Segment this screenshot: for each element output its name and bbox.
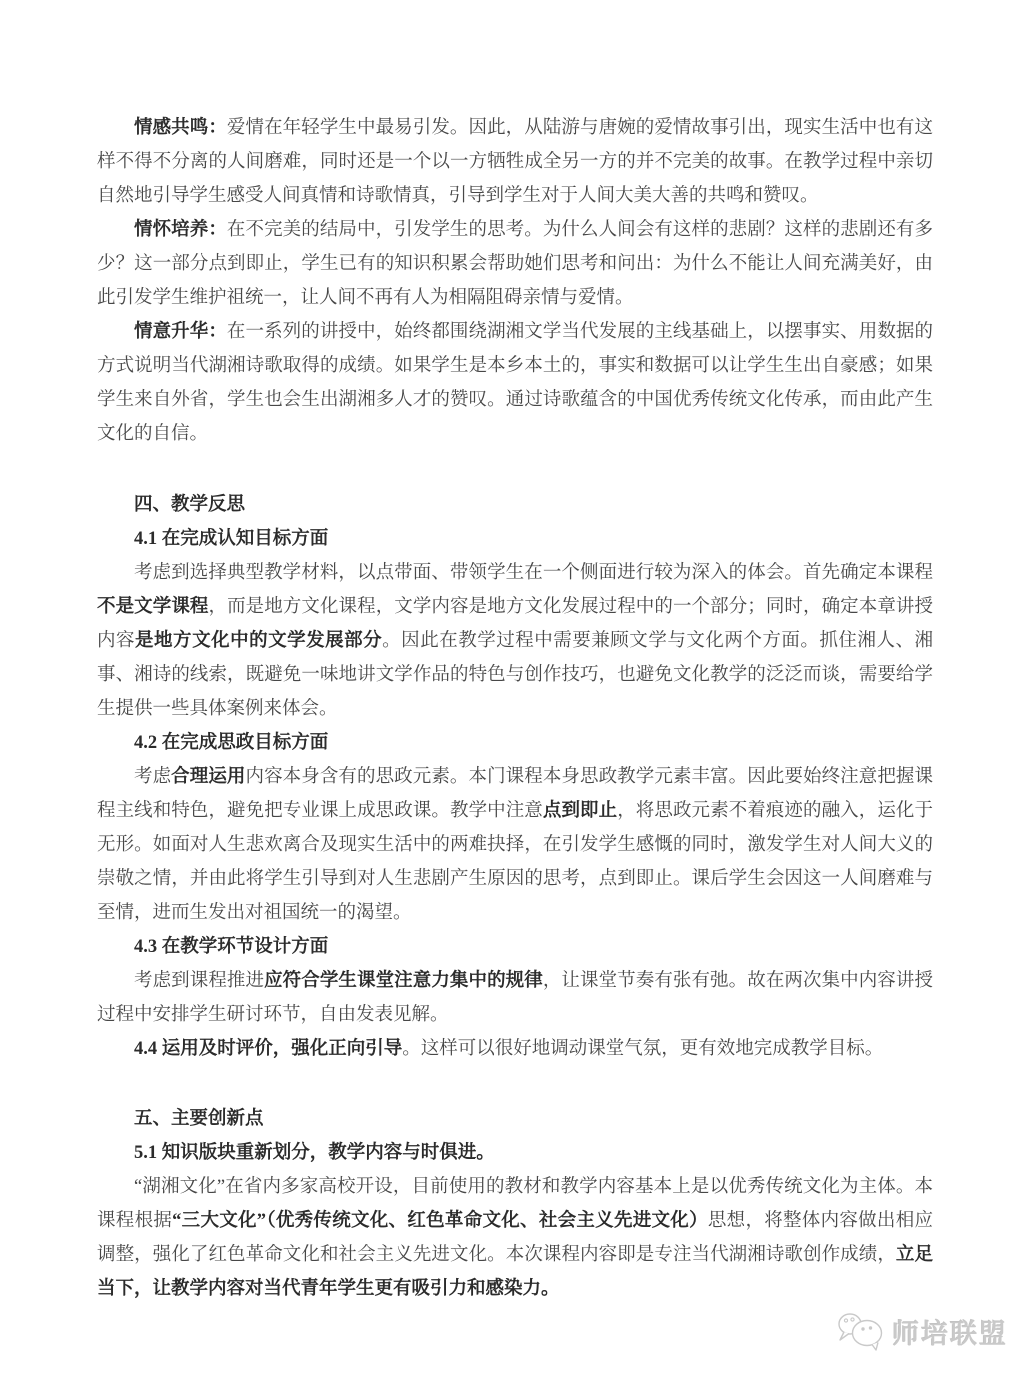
section-heading: 四、教学反思: [97, 488, 933, 522]
bold-text-run: “三大文化”（优秀传统文化、红色革命文化、社会主义先进文化）: [172, 1211, 708, 1231]
section-heading: 五、主要创新点: [97, 1102, 933, 1136]
bold-text-run: 是地方文化中的文学发展部分: [135, 631, 382, 651]
paragraph: 情怀培养：在不完美的结局中，引发学生的思考。为什么人间会有这样的悲剧？这样的悲剧…: [97, 213, 933, 315]
bold-text-run: 应符合学生课堂注意力集中的规律: [264, 971, 543, 991]
section-heading: 4.2 在完成思政目标方面: [97, 726, 933, 760]
section-heading: 5.1 知识版块重新划分，教学内容与时俱进。: [97, 1136, 933, 1170]
bold-text-run: 4.4 运用及时评价，强化正向引导: [134, 1039, 402, 1059]
bold-text-run: 4.2 在完成思政目标方面: [134, 733, 328, 753]
bold-text-run: 合理运用: [171, 767, 245, 787]
text-run: 考虑到选择典型教学材料，以点带面、带领学生在一个侧面进行较为深入的体会。首先确定…: [134, 563, 933, 583]
document-page: 情感共鸣：爱情在年轻学生中最易引发。因此，从陆游与唐婉的爱情故事引出，现实生活中…: [0, 0, 1023, 1379]
section-heading: 4.3 在教学环节设计方面: [97, 930, 933, 964]
bold-text-run: 点到即止: [543, 801, 617, 821]
bold-text-run: 4.3 在教学环节设计方面: [134, 937, 328, 957]
bold-text-run: 四、教学反思: [134, 495, 245, 515]
bold-text-run: 情怀培养：: [134, 220, 227, 240]
bold-text-run: 4.1 在完成认知目标方面: [134, 529, 328, 549]
text-run: 考虑: [134, 767, 171, 787]
bold-text-run: 情意升华：: [134, 322, 227, 342]
chat-bubbles-mascot-icon: [836, 1310, 886, 1352]
paragraph: 情感共鸣：爱情在年轻学生中最易引发。因此，从陆游与唐婉的爱情故事引出，现实生活中…: [97, 111, 933, 213]
section-heading: 4.1 在完成认知目标方面: [97, 522, 933, 556]
text-run: 。这样可以很好地调动课堂气氛，更有效地完成教学目标。: [402, 1039, 883, 1059]
paragraph: 4.4 运用及时评价，强化正向引导。这样可以很好地调动课堂气氛，更有效地完成教学…: [97, 1032, 933, 1066]
bold-text-run: 五、主要创新点: [134, 1109, 264, 1129]
paragraph: “湖湘文化”在省内多家高校开设，目前使用的教材和教学内容基本上是以优秀传统文化为…: [97, 1170, 933, 1306]
paragraph: 考虑到课程推进应符合学生课堂注意力集中的规律，让课堂节奏有张有弛。故在两次集中内…: [97, 964, 933, 1032]
paragraph: 考虑合理运用内容本身含有的思政元素。本门课程本身思政教学元素丰富。因此要始终注意…: [97, 760, 933, 930]
document-body: 情感共鸣：爱情在年轻学生中最易引发。因此，从陆游与唐婉的爱情故事引出，现实生活中…: [97, 111, 933, 1306]
paragraph: 情意升华：在一系列的讲授中，始终都围绕湖湘文学当代发展的主线基础上，以摆事实、用…: [97, 315, 933, 451]
brand-watermark: 师培联盟: [836, 1310, 1008, 1352]
brand-name: 师培联盟: [892, 1312, 1008, 1351]
bold-text-run: 不是文学课程: [97, 597, 208, 617]
paragraph: 考虑到选择典型教学材料，以点带面、带领学生在一个侧面进行较为深入的体会。首先确定…: [97, 556, 933, 726]
text-run: 考虑到课程推进: [134, 971, 264, 991]
bold-text-run: 5.1 知识版块重新划分，教学内容与时俱进。: [134, 1143, 495, 1163]
bold-text-run: 情感共鸣：: [134, 118, 227, 138]
